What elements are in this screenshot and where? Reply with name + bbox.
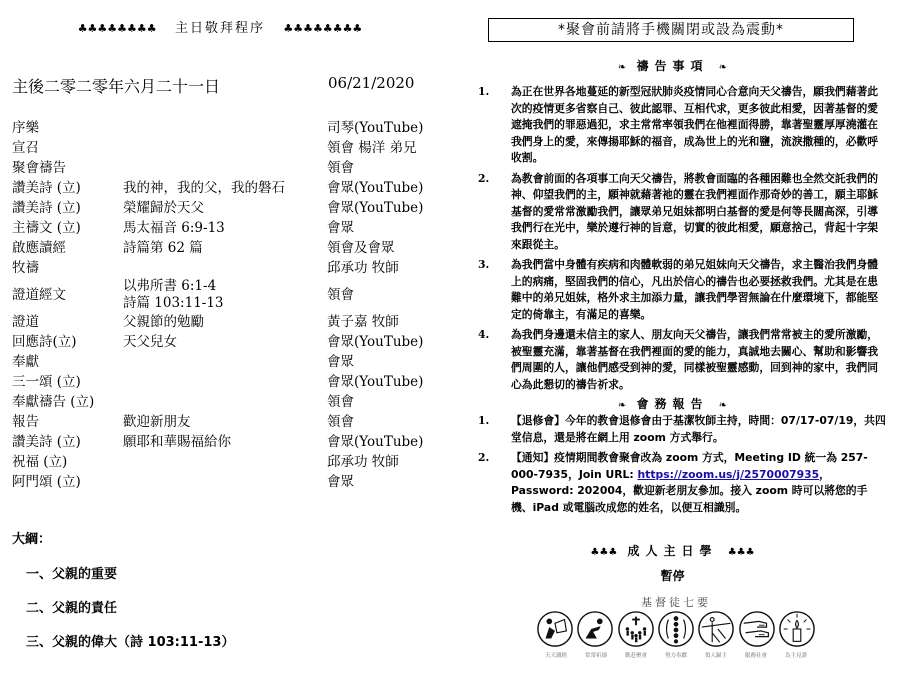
order-row: 回應詩(立)天父兒女會眾(YouTube) [12,332,442,352]
phone-notice-banner: *聚會前請將手機關閉或設為震動* [488,18,854,42]
report-item: 2.【通知】疫情期間教會聚會改為 zoom 方式，Meeting ID 統一為 … [478,450,888,516]
serving-hands-icon [738,610,776,648]
prayer-heading: ❧ 禱告事項 ❧ [448,57,897,74]
order-row: 讚美詩 (立)我的神，我的父，我的磐石會眾(YouTube) [12,178,442,198]
outline-point: 二、父親的責任 [26,602,234,616]
essential-label: 常常祈禱 [576,651,616,659]
order-row: 啟應讀經詩篇第 62 篇領會及會眾 [12,238,442,258]
order-row: 奉獻禱告 (立)領會 [12,392,442,412]
order-row-scripture: 證道經文 以弗所書 6:1-4詩篇 103:11-13 領會 [12,278,442,312]
ornament-icon: ❧ [618,62,626,73]
worship-program-page: ♣♣♣♣♣♣♣♣ 主日敬拜程序 ♣♣♣♣♣♣♣♣ 主後二零二零年六月二十一日 0… [0,0,448,674]
report-item: 1.【退修會】今年的教會退修會由于基潔牧師主持，時間：07/17-07/19，共… [478,413,888,446]
order-row: 牧禱邱承功 牧師 [12,258,442,278]
service-date: 主後二零二零年六月二十一日 06/21/2020 [12,74,432,96]
ornament-icon: ♣♣♣ [590,547,617,558]
outline-heading: 大綱： [12,528,220,548]
prayer-item: 1.為正在世界各地蔓延的新型冠狀肺炎疫情同心合意向天父禱告，願我們藉著此次的疫情… [478,84,888,167]
essential-label: 領人歸主 [696,651,736,659]
prayer-item: 4.為我們身邊還未信主的家人、朋友向天父禱告，讓我們常常被主的愛所激勵，被聖靈充… [478,327,888,393]
prayer-item: 2.為教會前面的各項事工向天父禱告，將教會面臨的各種困難也全然交託我們的神、仰望… [478,171,888,254]
church-gathering-icon [617,610,655,648]
order-row: 報告歡迎新朋友領會 [12,412,442,432]
date-chinese: 主後二零二零年六月二十一日 [12,74,220,97]
order-row: 阿門頌 (立)會眾 [12,472,442,492]
order-row: 聚會禱告領會 [12,158,442,178]
order-row: 序樂司琴(YouTube) [12,118,442,138]
ornament-icon: ❧ [618,400,626,411]
program-title: ♣♣♣♣♣♣♣♣ 主日敬拜程序 ♣♣♣♣♣♣♣♣ [70,17,370,36]
announcements-page: *聚會前請將手機關閉或設為震動* ❧ 禱告事項 ❧ 1.為正在世界各地蔓延的新型… [448,0,897,674]
sunday-school-status: 暫停 [448,567,897,584]
candle-witness-icon [778,610,816,648]
zoom-join-link[interactable]: https://zoom.us/j/2570007935 [637,468,819,481]
order-row: 宣召領會 楊洋 弟兄 [12,138,442,158]
kneeling-prayer-icon [576,610,614,648]
ornament-icon: ♣♣♣ [728,547,755,558]
reading-bible-icon [536,610,574,648]
report-heading: ❧ 會務報告 ❧ [448,395,897,412]
prayer-list: 1.為正在世界各地蔓延的新型冠狀肺炎疫情同心合意向天父禱告，願我們藉著此次的疫情… [478,84,888,397]
prayer-item: 3.為我們當中身體有疾病和肉體軟弱的弟兄姐妹向天父禱告，求主醫治我們身體上的病痛… [478,257,888,323]
order-row: 讚美詩 (立)願耶和華賜福給你會眾(YouTube) [12,432,442,452]
report-list: 1.【退修會】今年的教會退修會由于基潔牧師主持，時間：07/17-07/19，共… [478,413,888,520]
seven-christian-essentials: 基督徒七要 天天讀經 常常祈禱 勤赴聚會 努力奉獻 領人歸主 服務社會 為主見證 [536,594,816,659]
leading-people-icon [697,610,735,648]
fish-offering-icon [657,610,695,648]
essential-label: 勤赴聚會 [616,651,656,659]
essential-label: 努力奉獻 [656,651,696,659]
outline-point: 三、父親的偉大（詩 103:11-13） [26,636,234,650]
order-row: 奉獻會眾 [12,352,442,372]
ornament-icon: ❧ [719,400,727,411]
order-row: 證道父親節的勉勵黃子嘉 牧師 [12,312,442,332]
sermon-outline: 大綱： 一、父親的重要 二、父親的責任 三、父親的偉大（詩 103:11-13） [12,528,220,650]
date-numeric: 06/21/2020 [328,74,414,92]
order-of-service: 序樂司琴(YouTube) 宣召領會 楊洋 弟兄 聚會禱告領會 讚美詩 (立)我… [12,118,442,492]
sunday-school-heading: ♣♣♣ 成人主日學 ♣♣♣ [448,542,897,559]
essential-label: 為主見證 [776,651,816,659]
seven-title: 基督徒七要 [536,594,816,608]
ornament-right-icon: ♣♣♣♣♣♣♣♣ [283,22,362,35]
order-row: 讚美詩 (立)榮耀歸於天父會眾(YouTube) [12,198,442,218]
ornament-left-icon: ♣♣♣♣♣♣♣♣ [78,22,157,35]
order-row: 主禱文 (立)馬太福音 6:9-13會眾 [12,218,442,238]
essential-label: 天天讀經 [536,651,576,659]
order-row: 三一頌 (立)會眾(YouTube) [12,372,442,392]
ornament-icon: ❧ [719,62,727,73]
essential-label: 服務社會 [736,651,776,659]
outline-point: 一、父親的重要 [26,568,234,582]
order-row: 祝福 (立)邱承功 牧師 [12,452,442,472]
